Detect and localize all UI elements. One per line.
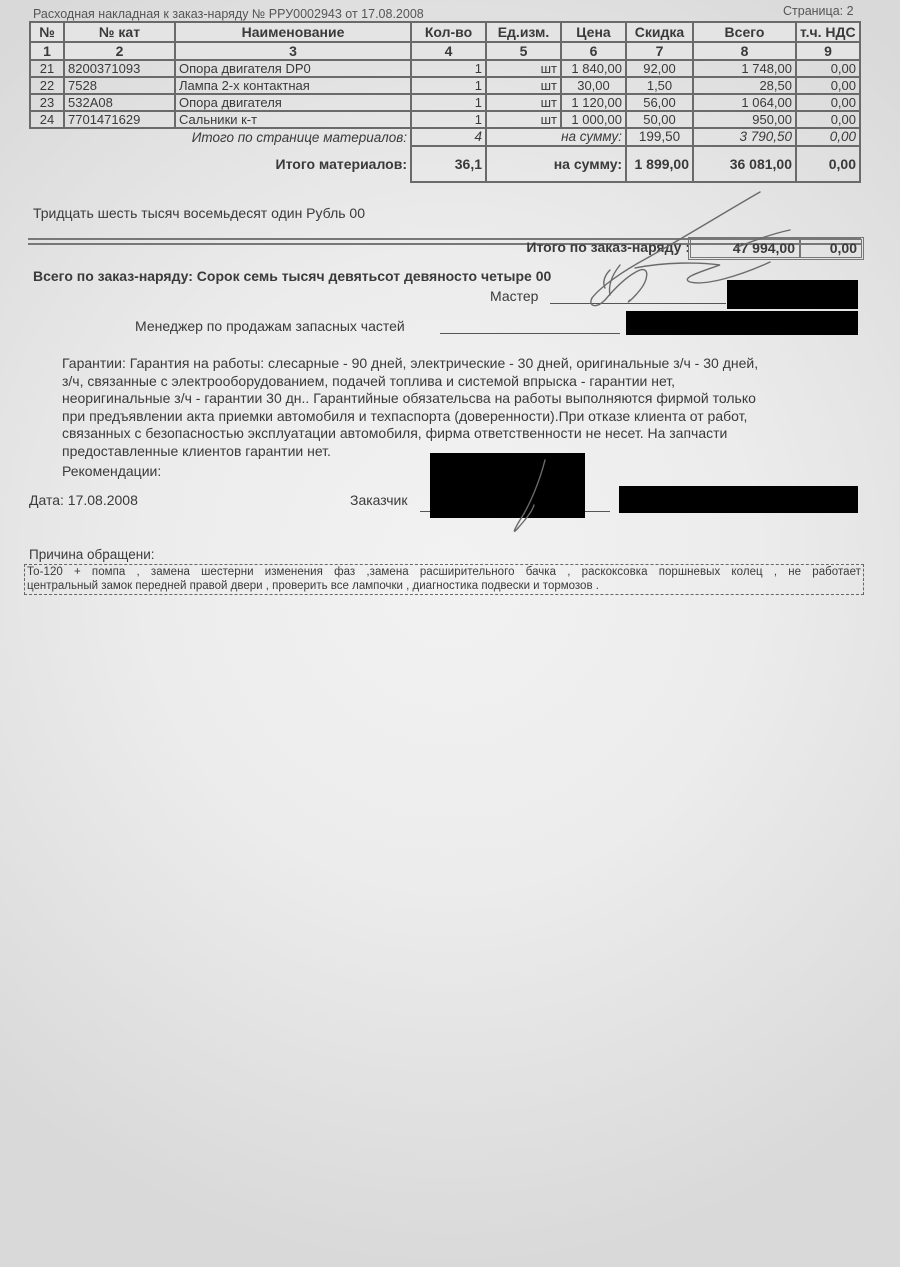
item-name: Опора двигателя [175,94,411,111]
column-number: 8 [693,42,796,60]
materials-table: № № кат Наименование Кол-во Ед.изм. Цена… [29,21,861,183]
vat: 0,00 [796,94,860,111]
column-header: т.ч. НДС [796,22,860,42]
column-number: 3 [175,42,411,60]
recommendations-label: Рекомендации: [62,463,161,479]
column-number: 2 [64,42,175,60]
vat: 0,00 [796,60,860,77]
row-number: 22 [30,77,64,94]
discount: 92,00 [626,60,693,77]
redacted-customer-signature [430,453,585,518]
warranty-line: з/ч, связанные с электрооборудованием, п… [62,373,862,391]
warranty-line: Гарантии: Гарантия на работы: слесарные … [62,355,862,373]
manager-signature-line [440,319,620,334]
unit: шт [486,60,561,77]
column-number: 7 [626,42,693,60]
materials-total-vat: 0,00 [796,146,860,182]
materials-total-label: Итого материалов: [30,146,411,182]
quantity: 1 [411,111,486,128]
handwritten-signature-icon [0,0,900,1267]
warranty-text: Гарантии: Гарантия на работы: слесарные … [62,355,862,460]
document-date: Дата: 17.08.2008 [29,492,138,508]
line-total: 950,00 [693,111,796,128]
page-subtotal-row: Итого по странице материалов: 4 на сумму… [30,128,860,146]
line-total: 1 064,00 [693,94,796,111]
master-signature-line [550,289,726,304]
manager-label: Менеджер по продажам запасных частей [135,318,405,334]
column-number: 6 [561,42,626,60]
column-number: 4 [411,42,486,60]
order-total-box: 47 994,00 0,00 [688,237,864,260]
column-header: Скидка [626,22,693,42]
reason-line: центральный замок передней правой двери … [27,579,861,593]
materials-total-discount: 1 899,00 [626,146,693,182]
discount: 50,00 [626,111,693,128]
discount: 1,50 [626,77,693,94]
column-header: № кат [64,22,175,42]
customer-label: Заказчик [350,492,408,508]
page-number: Страница: 2 [783,4,854,18]
table-row: 23 532A08 Опора двигателя 1 шт 1 120,00 … [30,94,860,111]
table-header-row: № № кат Наименование Кол-во Ед.изм. Цена… [30,22,860,42]
table-row: 24 7701471629 Сальники к-т 1 шт 1 000,00… [30,111,860,128]
item-name: Сальники к-т [175,111,411,128]
catalog-number: 7528 [64,77,175,94]
row-number: 21 [30,60,64,77]
column-header: Ед.изм. [486,22,561,42]
unit: шт [486,77,561,94]
vat: 0,00 [796,111,860,128]
catalog-number: 7701471629 [64,111,175,128]
materials-total-sum-label: на сумму: [486,146,626,182]
column-header: Всего [693,22,796,42]
line-total: 28,50 [693,77,796,94]
column-header: № [30,22,64,42]
column-header: Цена [561,22,626,42]
column-number: 5 [486,42,561,60]
row-number: 23 [30,94,64,111]
redacted-customer-name [619,486,858,513]
materials-total-total: 36 081,00 [693,146,796,182]
quantity: 1 [411,60,486,77]
reason-label: Причина обращени: [29,547,155,562]
page-subtotal-qty: 4 [411,128,486,146]
price: 1 000,00 [561,111,626,128]
column-header: Наименование [175,22,411,42]
unit: шт [486,111,561,128]
price: 1 840,00 [561,60,626,77]
warranty-line: связанных с безопасностью эксплуатации а… [62,425,862,443]
page-subtotal-vat: 0,00 [796,128,860,146]
column-number-row: 1 2 3 4 5 6 7 8 9 [30,42,860,60]
discount: 56,00 [626,94,693,111]
warranty-line: при предъявлении акта приемки автомобиля… [62,408,862,426]
page-subtotal-sum-label: на сумму: [486,128,626,146]
column-header: Кол-во [411,22,486,42]
order-total-amount: 47 994,00 [691,240,801,257]
redacted-master-name [727,280,858,309]
unit: шт [486,94,561,111]
column-number: 9 [796,42,860,60]
materials-total-row: Итого материалов: 36,1 на сумму: 1 899,0… [30,146,860,182]
reason-box: То-120 + помпа , замена шестерни изменен… [24,564,864,595]
order-total-label: Итого по заказ-наряду : [360,239,690,255]
redacted-manager-name [626,311,858,335]
line-total: 1 748,00 [693,60,796,77]
order-total-vat: 0,00 [801,240,861,257]
catalog-number: 8200371093 [64,60,175,77]
materials-total-qty: 36,1 [411,146,486,182]
price: 30,00 [561,77,626,94]
materials-total-in-words: Тридцать шесть тысяч восемьдесят один Ру… [33,205,365,221]
row-number: 24 [30,111,64,128]
reason-line: То-120 + помпа , замена шестерни изменен… [27,565,861,579]
item-name: Лампа 2-х контактная [175,77,411,94]
catalog-number: 532A08 [64,94,175,111]
master-label: Мастер [490,288,538,304]
order-total-in-words: Всего по заказ-наряду: Сорок семь тысяч … [33,268,551,284]
quantity: 1 [411,77,486,94]
page-subtotal-total: 3 790,50 [693,128,796,146]
price: 1 120,00 [561,94,626,111]
page-subtotal-label: Итого по странице материалов: [30,128,411,146]
page-subtotal-discount: 199,50 [626,128,693,146]
table-row: 21 8200371093 Опора двигателя DP0 1 шт 1… [30,60,860,77]
table-row: 22 7528 Лампа 2-х контактная 1 шт 30,00 … [30,77,860,94]
vat: 0,00 [796,77,860,94]
column-number: 1 [30,42,64,60]
item-name: Опора двигателя DP0 [175,60,411,77]
document-title: Расходная накладная к заказ-наряду № РРУ… [33,7,424,21]
quantity: 1 [411,94,486,111]
warranty-line: неоригинальные з/ч - гарантии 30 дн.. Га… [62,390,862,408]
